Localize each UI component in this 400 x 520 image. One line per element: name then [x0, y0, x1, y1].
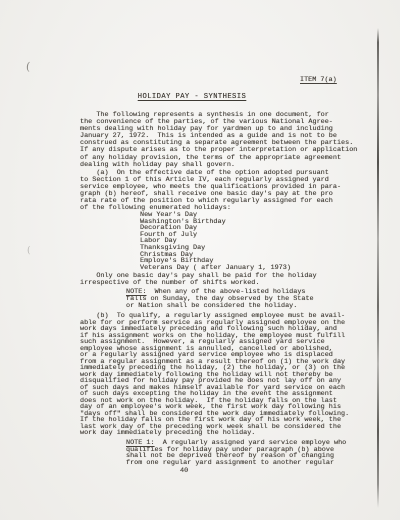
note-1-text: A regularly assigned yard service employ…	[126, 439, 346, 467]
item-label: ITEM 7(a)	[300, 77, 337, 84]
page-title: HOLIDAY PAY - SYNTHESIS	[0, 94, 384, 101]
note-block: NOTE: When any of the above-listed holid…	[126, 289, 314, 310]
pen-mark: (	[26, 60, 31, 73]
page-number: 40	[180, 468, 188, 475]
paragraph-b: (b) To qualify, a regularly assigned emp…	[80, 313, 349, 437]
holiday-list: New Year's Day Washington's Birthday Dec…	[140, 212, 291, 271]
paragraph-a: (a) On the effective date of the option …	[80, 170, 341, 212]
intro-paragraph: The following represents a synthesis in …	[80, 112, 357, 169]
page-edge-scan-line	[377, 28, 379, 508]
only-one-days-pay-paragraph: Only one basic day's pay shall be paid f…	[80, 273, 317, 287]
scanned-document-page: ( ( ITEM 7(a) HOLIDAY PAY - SYNTHESIS Th…	[0, 0, 400, 520]
note-text: When any of the above-listed holidays fa…	[126, 288, 314, 310]
note-1-block: NOTE 1: A regularly assigned yard servic…	[126, 440, 346, 466]
pen-mark: (	[27, 246, 31, 256]
